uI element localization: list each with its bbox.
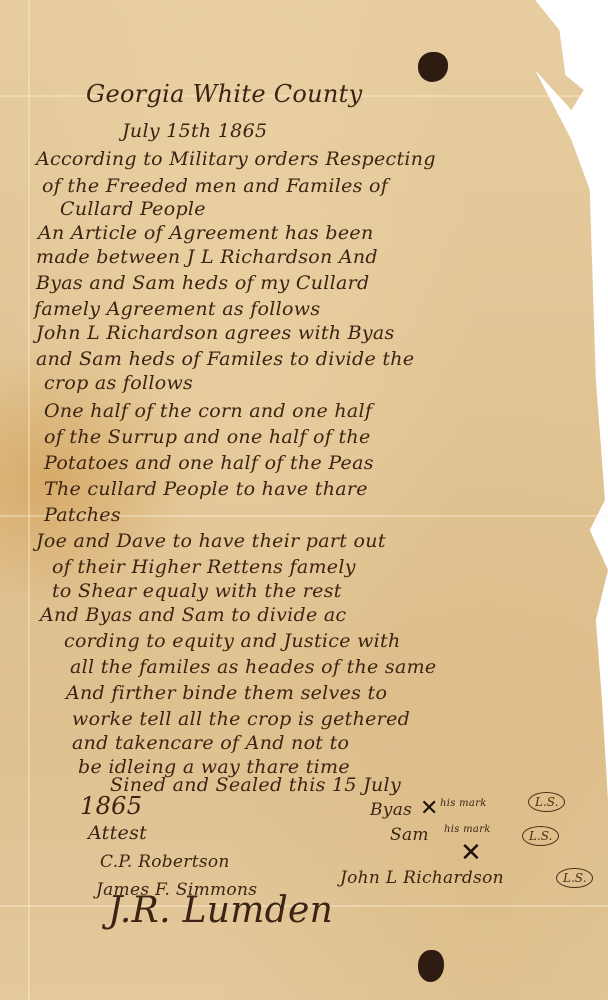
body-line: and Sam heds of Familes to divide the xyxy=(36,348,414,370)
header-date: July 15th 1865 xyxy=(122,120,267,142)
witness-signature: J.R. Lumden xyxy=(108,890,333,931)
body-line: of the Surrup and one half of the xyxy=(44,426,371,448)
body-line: of the Freeded men and Familes of xyxy=(42,175,388,197)
body-line: Byas and Sam heds of my Cullard xyxy=(36,272,370,294)
header-place: Georgia White County xyxy=(86,80,362,108)
body-line: crop as follows xyxy=(44,372,193,394)
seal-icon: L.S. xyxy=(556,868,593,888)
body-line: Joe and Dave to have their part out xyxy=(36,530,386,552)
body-line: Cullard People xyxy=(60,198,206,220)
signed-year: 1865 xyxy=(80,792,142,820)
body-line: And Byas and Sam to divide ac xyxy=(40,604,346,626)
body-line: An Article of Agreement has been xyxy=(38,222,374,244)
body-line: And firther binde them selves to xyxy=(66,682,387,704)
seal-icon: L.S. xyxy=(522,826,559,846)
attest-label: Attest xyxy=(88,822,147,844)
body-line: famely Agreement as follows xyxy=(34,298,320,320)
body-line: cording to equity and Justice with xyxy=(64,630,401,652)
signatory-name: John L Richardson xyxy=(340,868,504,888)
body-line: Potatoes and one half of the Peas xyxy=(44,452,374,474)
x-mark-icon: ✕ xyxy=(420,796,438,821)
body-line: and takencare of And not to xyxy=(72,732,349,754)
signatory-name: Byas xyxy=(370,800,412,820)
handwritten-text: Georgia White County July 15th 1865 Acco… xyxy=(0,0,608,1000)
body-line: to Shear equaly with the rest xyxy=(52,580,342,602)
signatory-name: Sam xyxy=(390,825,429,845)
body-line: all the familes as heades of the same xyxy=(70,656,436,678)
body-line: The cullard People to have thare xyxy=(44,478,368,500)
mark-label: his mark xyxy=(440,798,487,809)
body-line: made between J L Richardson And xyxy=(36,246,378,268)
x-mark-icon: ✕ xyxy=(460,838,482,868)
body-line: Patches xyxy=(44,504,121,526)
mark-label: his mark xyxy=(444,824,491,835)
body-line: One half of the corn and one half xyxy=(44,400,372,422)
body-line: worke tell all the crop is gethered xyxy=(72,708,410,730)
signed-sealed-line: Sined and Sealed this 15 July xyxy=(110,774,401,796)
body-line: According to Military orders Respecting xyxy=(36,148,436,170)
body-line: John L Richardson agrees with Byas xyxy=(36,322,395,344)
seal-icon: L.S. xyxy=(528,792,565,812)
witness-signature: C.P. Robertson xyxy=(100,852,230,872)
body-line: of their Higher Rettens famely xyxy=(52,556,356,578)
